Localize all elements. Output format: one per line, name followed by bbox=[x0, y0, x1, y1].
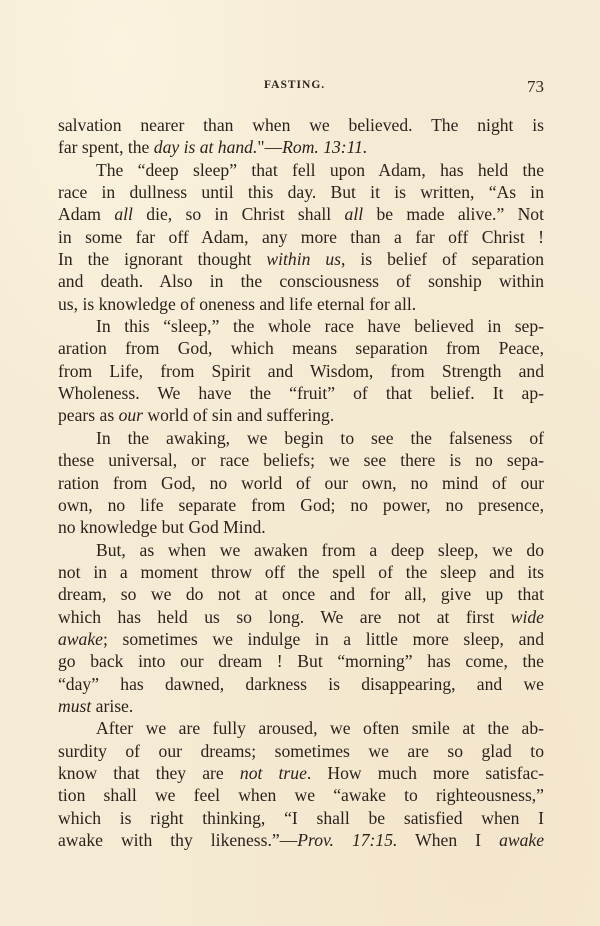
text-segment: us, is knowledge of oneness and life ete… bbox=[58, 294, 416, 314]
italic-text: wide bbox=[511, 607, 544, 627]
text-segment: be made alive.” Not bbox=[363, 204, 544, 224]
text-line: not in a moment throw off the spell of t… bbox=[58, 561, 544, 583]
running-head: FASTING. 73 bbox=[0, 79, 600, 99]
italic-text: must bbox=[58, 696, 91, 716]
text-segment: pears as bbox=[58, 405, 119, 425]
text-line: Wholeness. We have the “fruit” of that b… bbox=[58, 382, 544, 404]
text-line: us, is knowledge of oneness and life ete… bbox=[58, 293, 544, 315]
text-segment: in some far off Adam, any more than a fa… bbox=[58, 227, 544, 247]
text-line: own, no life separate from God; no power… bbox=[58, 494, 544, 516]
text-line: aration from God, which means separation… bbox=[58, 337, 544, 359]
text-segment: die, so in Christ shall bbox=[133, 204, 345, 224]
italic-text: not true bbox=[240, 763, 307, 783]
italic-text: awake bbox=[58, 629, 103, 649]
text-segment: “day” has dawned, darkness is disappeari… bbox=[58, 674, 544, 694]
text-segment: ; sometimes we indulge in a little more … bbox=[103, 629, 544, 649]
text-segment: surdity of our dreams; sometimes we are … bbox=[58, 741, 544, 761]
text-segment: go back into our dream ! But “morning” h… bbox=[58, 651, 544, 671]
text-line: these universal, or race beliefs; we see… bbox=[58, 449, 544, 471]
text-line: which is right thinking, “I shall be sat… bbox=[58, 807, 544, 829]
text-line: tion shall we feel when we “awake to rig… bbox=[58, 784, 544, 806]
text-segment: awake with thy likeness.”— bbox=[58, 830, 297, 850]
text-segment: In the awaking, we begin to see the fals… bbox=[96, 428, 544, 448]
text-segment: from Life, from Spirit and Wisdom, from … bbox=[58, 361, 544, 381]
text-segment: and death. Also in the consciousness of … bbox=[58, 271, 544, 291]
text-segment: ration from God, no world of our own, no… bbox=[58, 473, 544, 493]
text-segment: world of sin and suffering. bbox=[143, 405, 334, 425]
text-segment: Wholeness. We have the “fruit” of that b… bbox=[58, 383, 544, 403]
body-text: salvation nearer than when we believed. … bbox=[58, 114, 544, 851]
text-line: Adam all die, so in Christ shall all be … bbox=[58, 203, 544, 225]
text-line: dream, so we do not at once and for all,… bbox=[58, 583, 544, 605]
text-line: race in dullness until this day. But it … bbox=[58, 181, 544, 203]
text-segment: . How much more satisfac- bbox=[307, 763, 544, 783]
italic-text: day is at hand. bbox=[154, 137, 258, 157]
text-segment: aration from God, which means separation… bbox=[58, 338, 544, 358]
text-segment: In this “sleep,” the whole race have bel… bbox=[96, 316, 544, 336]
text-segment: salvation nearer than when we believed. … bbox=[58, 115, 544, 135]
text-segment: not in a moment throw off the spell of t… bbox=[58, 562, 544, 582]
text-line: In the ignorant thought within us, is be… bbox=[58, 248, 544, 270]
text-segment: tion shall we feel when we “awake to rig… bbox=[58, 785, 544, 805]
page-number: 73 bbox=[527, 77, 544, 97]
text-segment: these universal, or race beliefs; we see… bbox=[58, 450, 544, 470]
text-line: far spent, the day is at hand."—Rom. 13:… bbox=[58, 136, 544, 158]
text-segment: Adam bbox=[58, 204, 114, 224]
text-line: After we are fully aroused, we often smi… bbox=[58, 717, 544, 739]
italic-text: awake bbox=[499, 830, 544, 850]
text-line: no knowledge but God Mind. bbox=[58, 516, 544, 538]
italic-text: Prov. 17:15. bbox=[297, 830, 397, 850]
text-line: awake; sometimes we indulge in a little … bbox=[58, 628, 544, 650]
text-segment: After we are fully aroused, we often smi… bbox=[96, 718, 544, 738]
text-segment: own, no life separate from God; no power… bbox=[58, 495, 544, 515]
text-segment: far spent, the bbox=[58, 137, 154, 157]
text-segment: When I bbox=[397, 830, 499, 850]
text-line: go back into our dream ! But “morning” h… bbox=[58, 650, 544, 672]
italic-text: all bbox=[345, 204, 364, 224]
text-segment: "— bbox=[257, 137, 282, 157]
text-line: must arise. bbox=[58, 695, 544, 717]
text-line: in some far off Adam, any more than a fa… bbox=[58, 226, 544, 248]
text-line: ration from God, no world of our own, no… bbox=[58, 472, 544, 494]
text-line: But, as when we awaken from a deep sleep… bbox=[58, 539, 544, 561]
text-line: In this “sleep,” the whole race have bel… bbox=[58, 315, 544, 337]
text-line: surdity of our dreams; sometimes we are … bbox=[58, 740, 544, 762]
book-page: FASTING. 73 salvation nearer than when w… bbox=[0, 0, 600, 926]
text-segment: But, as when we awaken from a deep sleep… bbox=[96, 540, 544, 560]
italic-text: Rom. 13:11. bbox=[282, 137, 367, 157]
text-line: from Life, from Spirit and Wisdom, from … bbox=[58, 360, 544, 382]
text-line: which has held us so long. We are not at… bbox=[58, 606, 544, 628]
italic-text: within us bbox=[266, 249, 341, 269]
text-segment: race in dullness until this day. But it … bbox=[58, 182, 544, 202]
text-segment: no knowledge but God Mind. bbox=[58, 517, 266, 537]
text-line: awake with thy likeness.”—Prov. 17:15. W… bbox=[58, 829, 544, 851]
italic-text: our bbox=[119, 405, 143, 425]
text-segment: which is right thinking, “I shall be sat… bbox=[58, 808, 544, 828]
text-line: and death. Also in the consciousness of … bbox=[58, 270, 544, 292]
text-line: “day” has dawned, darkness is disappeari… bbox=[58, 673, 544, 695]
chapter-title: FASTING. bbox=[264, 79, 325, 91]
text-segment: know that they are bbox=[58, 763, 240, 783]
text-line: know that they are not true. How much mo… bbox=[58, 762, 544, 784]
text-segment: arise. bbox=[91, 696, 133, 716]
text-line: pears as our world of sin and suffering. bbox=[58, 404, 544, 426]
text-segment: , is belief of separation bbox=[341, 249, 544, 269]
text-segment: In the ignorant thought bbox=[58, 249, 266, 269]
text-segment: which has held us so long. We are not at… bbox=[58, 607, 511, 627]
italic-text: all bbox=[114, 204, 133, 224]
text-segment: The “deep sleep” that fell upon Adam, ha… bbox=[96, 160, 544, 180]
text-line: The “deep sleep” that fell upon Adam, ha… bbox=[58, 159, 544, 181]
text-line: In the awaking, we begin to see the fals… bbox=[58, 427, 544, 449]
text-segment: dream, so we do not at once and for all,… bbox=[58, 584, 544, 604]
text-line: salvation nearer than when we believed. … bbox=[58, 114, 544, 136]
